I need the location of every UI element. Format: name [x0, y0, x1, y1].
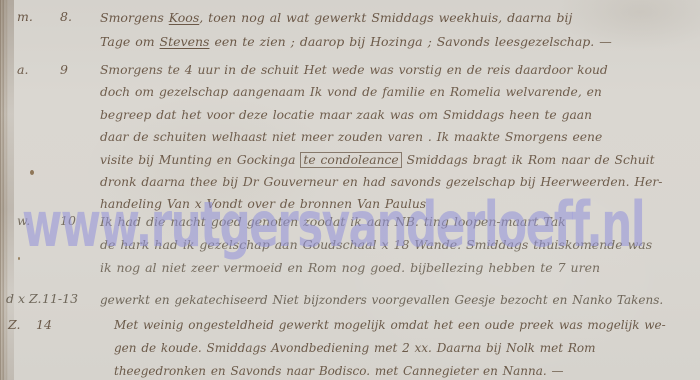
boxed-note: te condoleance: [300, 152, 401, 168]
text-segment: Met weinig ongesteldheid gewerkt mogelij…: [114, 318, 666, 332]
underlined-name: Koos: [169, 10, 199, 25]
diary-entry: d x Z.11-13gewerkt en gekatechiseerd Nie…: [0, 288, 700, 312]
margin-date-label: 8.: [60, 9, 72, 24]
text-segment: Smiddags bragt ik Rom naar de Schuit: [402, 153, 655, 167]
text-segment: theegedronken en Savonds naar Bodisco. m…: [114, 364, 564, 378]
diary-line: Tage om Stevens een te zien ; daarop bij…: [100, 30, 700, 54]
diary-line: de hark had ik gezelschap aan Goudschaal…: [100, 233, 700, 256]
entry-lines: Smorgens Koos, toen nog al wat gewerkt S…: [100, 6, 700, 54]
margin-day-label: w.: [17, 213, 30, 228]
text-segment: een te zien ; daarop bij Hozinga ; Savon…: [209, 34, 611, 49]
margin-date-label: 10: [60, 213, 76, 228]
text-segment: begreep dat het voor deze locatie maar z…: [100, 108, 592, 122]
text-segment: doch om gezelschap aangenaam Ik vond de …: [100, 85, 602, 99]
text-segment: dronk daarna thee bij Dr Gouverneur en h…: [100, 175, 662, 189]
entry-lines: gewerkt en gekatechiseerd Niet bijzonder…: [100, 288, 700, 312]
entry-lines: Met weinig ongesteldheid gewerkt mogelij…: [114, 314, 700, 380]
diary-entry: Z.14Met weinig ongesteldheid gewerkt mog…: [0, 314, 700, 380]
margin-day-label: a.: [17, 62, 28, 77]
text-segment: , toen nog al wat gewerkt Smiddags weekh…: [199, 10, 572, 25]
text-segment: daar de schuiten welhaast niet meer zoud…: [100, 130, 602, 144]
diary-line: Smorgens te 4 uur in de schuit Het wede …: [100, 59, 700, 81]
diary-entry: m.8.Smorgens Koos, toen nog al wat gewer…: [0, 6, 700, 54]
margin-day-label: d x Z.: [6, 291, 41, 306]
diary-line: begreep dat het voor deze locatie maar z…: [100, 104, 700, 126]
text-segment: gewerkt en gekatechiseerd Niet bijzonder…: [100, 293, 663, 307]
underlined-name: Stevens: [160, 34, 210, 49]
text-segment: ik nog al niet zeer vermoeid en Rom nog …: [100, 260, 600, 275]
diary-line: gewerkt en gekatechiseerd Niet bijzonder…: [100, 288, 700, 312]
margin-date-label: 14: [36, 317, 52, 332]
manuscript-page: m.8.Smorgens Koos, toen nog al wat gewer…: [0, 0, 700, 380]
text-segment: Tage om: [100, 34, 160, 49]
text-segment: Ik had die nacht goed genoten zoodat ik …: [100, 214, 566, 229]
diary-line: dronk daarna thee bij Dr Gouverneur en h…: [100, 171, 700, 193]
diary-line: theegedronken en Savonds naar Bodisco. m…: [114, 360, 700, 380]
text-segment: Smorgens: [100, 10, 169, 25]
diary-line: daar de schuiten welhaast niet meer zoud…: [100, 126, 700, 148]
text-segment: gen de koude. Smiddags Avondbediening me…: [114, 341, 596, 355]
diary-line: gen de koude. Smiddags Avondbediening me…: [114, 337, 700, 360]
diary-line: ik nog al niet zeer vermoeid en Rom nog …: [100, 256, 700, 279]
diary-entry: w.10Ik had die nacht goed genoten zoodat…: [0, 210, 700, 279]
margin-date-label: 11-13: [42, 291, 78, 306]
text-segment: visite bij Munting en Gockinga: [100, 153, 300, 167]
diary-line: Met weinig ongesteldheid gewerkt mogelij…: [114, 314, 700, 337]
text-segment: de hark had ik gezelschap aan Goudschaal…: [100, 237, 652, 252]
diary-line: Ik had die nacht goed genoten zoodat ik …: [100, 210, 700, 233]
margin-day-label: m.: [17, 9, 33, 24]
diary-entry: a.9Smorgens te 4 uur in de schuit Het we…: [0, 59, 700, 216]
diary-line: Smorgens Koos, toen nog al wat gewerkt S…: [100, 6, 700, 30]
text-segment: Smorgens te 4 uur in de schuit Het wede …: [100, 63, 608, 77]
margin-day-label: Z.: [8, 317, 20, 332]
entry-lines: Smorgens te 4 uur in de schuit Het wede …: [100, 59, 700, 216]
margin-date-label: 9: [60, 62, 68, 77]
diary-line: doch om gezelschap aangenaam Ik vond de …: [100, 81, 700, 103]
diary-line: visite bij Munting en Gockinga te condol…: [100, 149, 700, 171]
entry-lines: Ik had die nacht goed genoten zoodat ik …: [100, 210, 700, 279]
